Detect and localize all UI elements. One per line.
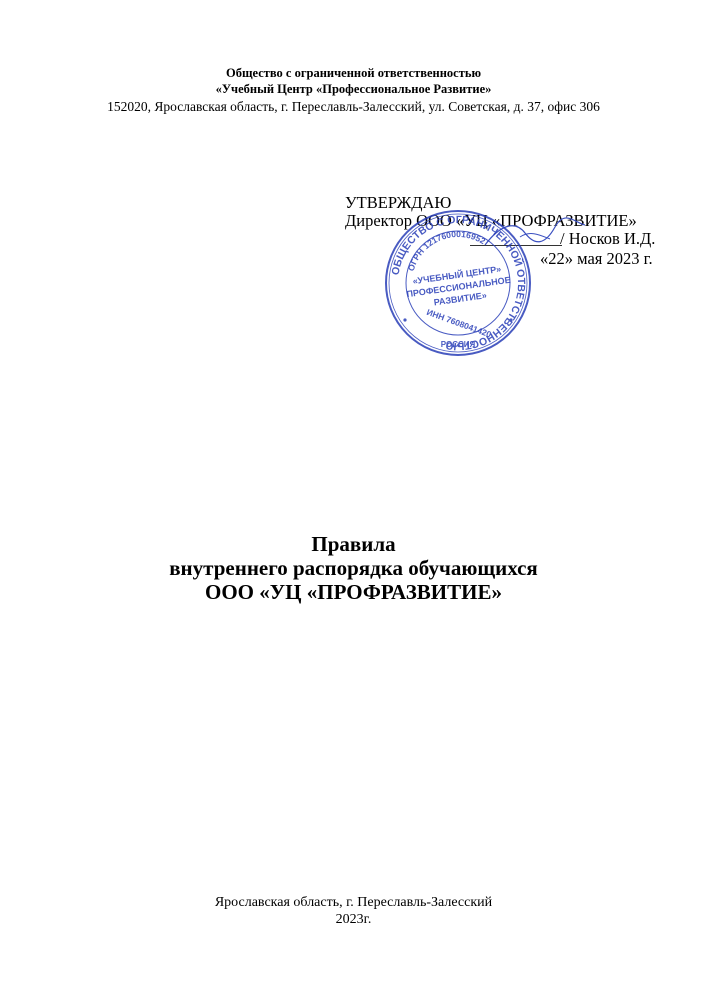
org-name-line1: Общество с ограниченной ответственностью	[0, 66, 707, 81]
document-title-line3: ООО «УЦ «ПРОФРАЗВИТИЕ»	[0, 580, 707, 604]
org-address: 152020, Ярославская область, г. Переслав…	[0, 99, 707, 115]
svg-text:РОССИЯ: РОССИЯ	[441, 340, 476, 349]
round-seal-stamp-icon: ОБЩЕСТВО С ОГРАНИЧЕННОЙ ОТВЕТСТВЕННОСТЬЮ…	[383, 208, 533, 358]
org-name-line2: «Учебный Центр «Профессиональное Развити…	[0, 82, 707, 97]
document-title-line1: Правила	[0, 532, 707, 556]
document-title-line2: внутреннего распорядка обучающихся	[0, 556, 707, 580]
footer-year: 2023г.	[0, 912, 707, 928]
footer-place: Ярославская область, г. Переславль-Залес…	[0, 895, 707, 911]
